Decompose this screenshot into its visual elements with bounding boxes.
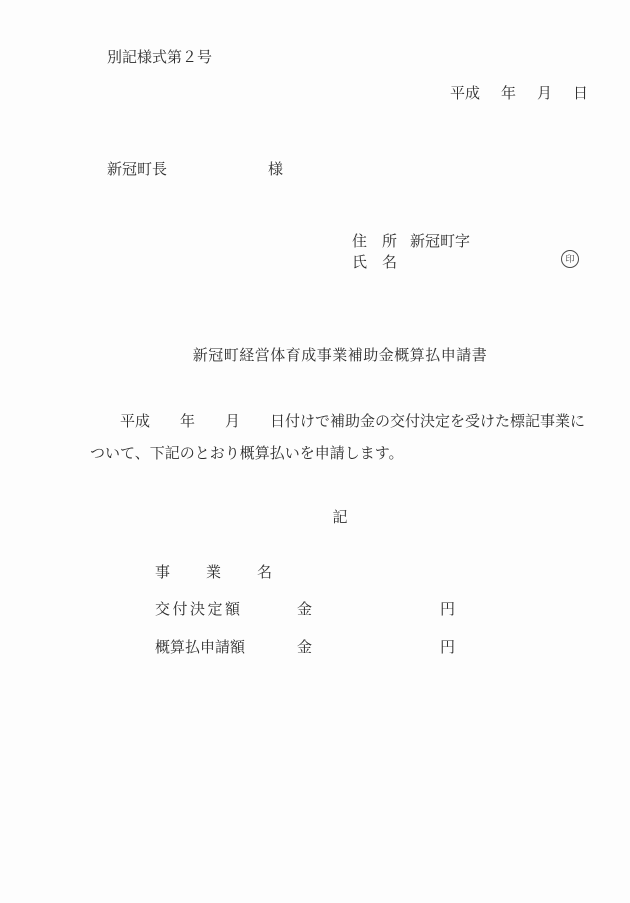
applicant-name-label: 氏 名 <box>352 251 397 272</box>
item-row-project-name: 事 業 名 <box>0 561 630 579</box>
addressee-honorific: 様 <box>268 158 283 179</box>
date-line: 平成 年 月 日 <box>450 82 588 103</box>
body-paragraph-line2: ついて、下記のとおり概算払いを申請します。 <box>90 442 404 463</box>
form-number: 別記様式第２号 <box>107 46 212 67</box>
date-month-label: 月 <box>537 82 552 103</box>
grant-decision-amount-prefix: 金 <box>297 598 312 619</box>
project-name-label: 事 業 名 <box>155 561 274 582</box>
address-value: 新冠町字 <box>410 234 470 250</box>
addressee-title: 新冠町長 <box>107 158 167 179</box>
applicant-address-line: 住 所新冠町字 <box>352 230 470 251</box>
seal-stamp-icon: 印 <box>561 250 579 268</box>
grant-decision-amount-suffix: 円 <box>440 598 455 619</box>
provisional-payment-amount-prefix: 金 <box>297 636 312 657</box>
provisional-payment-amount-label: 概算払申請額 <box>155 636 245 657</box>
date-era-label: 平成 <box>450 82 480 103</box>
item-row-provisional-payment-amount: 概算払申請額 金 円 <box>0 636 630 654</box>
address-label: 住 所 <box>352 234 397 250</box>
grant-decision-amount-label: 交付決定額 <box>155 598 243 619</box>
date-day-label: 日 <box>573 82 588 103</box>
application-form-page: 別記様式第２号 平成 年 月 日 新冠町長 様 住 所新冠町字 氏 名 印 新冠… <box>0 0 630 903</box>
provisional-payment-amount-suffix: 円 <box>440 636 455 657</box>
body-paragraph-line1: 平成 年 月 日付けで補助金の交付決定を受けた標記事業に <box>90 410 585 431</box>
date-year-label: 年 <box>501 82 516 103</box>
record-marker: 記 <box>90 506 590 527</box>
item-row-grant-decision-amount: 交付決定額 金 円 <box>0 598 630 616</box>
document-title: 新冠町経営体育成事業補助金概算払申請書 <box>90 344 590 365</box>
